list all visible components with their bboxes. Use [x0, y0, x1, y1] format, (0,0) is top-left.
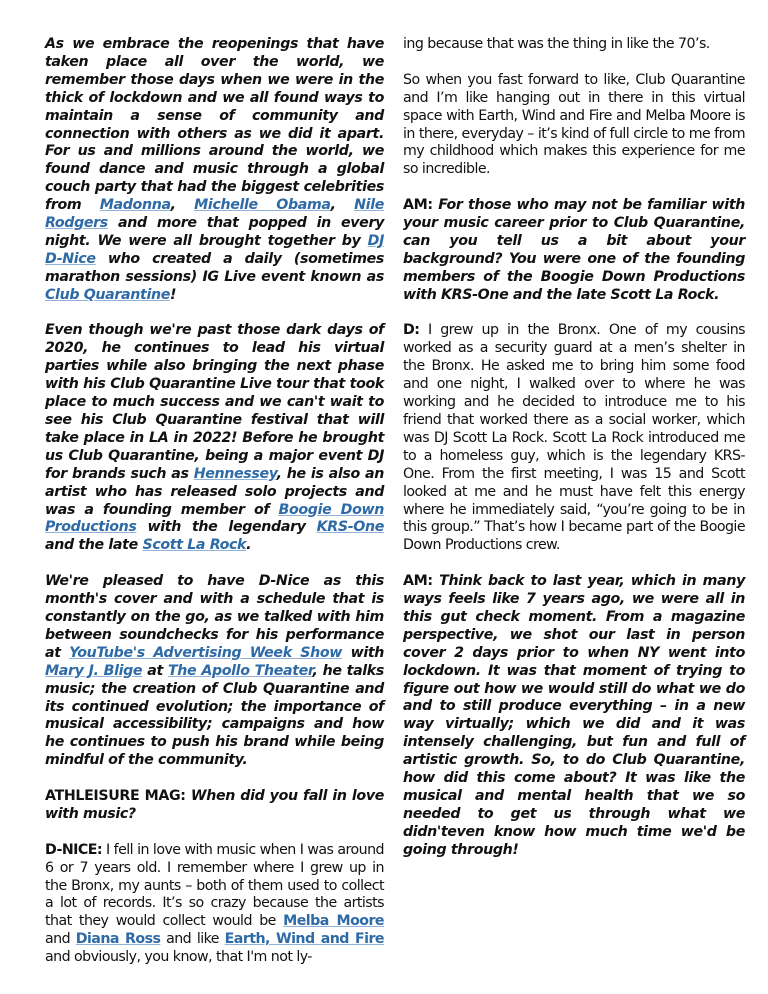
link-youtube-advertising-week[interactable]: YouTube's Advertising Week Show: [69, 645, 342, 661]
answer-1-paragraph-2: So when you fast forward to like, Club Q…: [403, 72, 745, 179]
question-text: For those who may not be familiar with y…: [403, 197, 745, 303]
answer-1: D-NICE: I fell in love with music when I…: [45, 842, 384, 967]
answer-1-continued: ing because that was the thing in like t…: [403, 36, 745, 54]
separator: ,: [171, 197, 194, 213]
speaker-label: D-NICE:: [45, 842, 102, 858]
speaker-label: D:: [403, 322, 419, 338]
question-text: Think back to last year, which in many w…: [403, 573, 745, 858]
link-michelle-obama[interactable]: Michelle Obama: [194, 197, 331, 213]
link-mary-j-blige[interactable]: Mary J. Blige: [45, 663, 142, 679]
intro-text: Even though we're past those dark days o…: [45, 322, 384, 481]
intro-text: !: [170, 287, 176, 303]
intro-text: with the legendary: [136, 519, 316, 535]
link-earth-wind-and-fire[interactable]: Earth, Wind and Fire: [225, 931, 384, 947]
intro-text: at: [142, 663, 168, 679]
question-3: AM: Think back to last year, which in ma…: [403, 573, 745, 860]
answer-text: and like: [160, 931, 224, 947]
intro-text: who created a daily (sometimes marathon …: [45, 251, 384, 285]
right-column: ing because that was the thing in like t…: [403, 36, 745, 878]
intro-paragraph-2: Even though we're past those dark days o…: [45, 322, 384, 555]
intro-paragraph-1: As we embrace the reopenings that have t…: [45, 36, 384, 305]
intro-text: As we embrace the reopenings that have t…: [45, 36, 384, 213]
speaker-label: AM:: [403, 573, 433, 589]
intro-text: with: [342, 645, 384, 661]
intro-paragraph-3: We're pleased to have D-Nice as this mon…: [45, 573, 384, 770]
intro-text: .: [246, 537, 251, 553]
question-1: ATHLEISURE MAG: When did you fall in lov…: [45, 788, 384, 824]
intro-text: and the late: [45, 537, 142, 553]
answer-text: I grew up in the Bronx. One of my cousin…: [403, 322, 745, 553]
answer-text: and obviously, you know, that I'm not ly…: [45, 949, 312, 965]
speaker-label: AM:: [403, 197, 433, 213]
link-madonna[interactable]: Madonna: [100, 197, 171, 213]
link-melba-moore[interactable]: Melba Moore: [283, 913, 384, 929]
answer-text: and: [45, 931, 76, 947]
link-club-quarantine[interactable]: Club Quarantine: [45, 287, 170, 303]
link-krs-one[interactable]: KRS-One: [317, 519, 384, 535]
magazine-page: As we embrace the reopenings that have t…: [0, 0, 768, 994]
link-apollo-theater[interactable]: The Apollo Theater: [168, 663, 313, 679]
answer-2: D: I grew up in the Bronx. One of my cou…: [403, 322, 745, 555]
link-scott-la-rock[interactable]: Scott La Rock: [142, 537, 246, 553]
speaker-label: ATHLEISURE MAG:: [45, 788, 186, 804]
question-2: AM: For those who may not be familiar wi…: [403, 197, 745, 304]
link-hennessey[interactable]: Hennessey: [194, 466, 277, 482]
link-diana-ross[interactable]: Diana Ross: [76, 931, 161, 947]
separator: ,: [331, 197, 354, 213]
left-column: As we embrace the reopenings that have t…: [45, 36, 384, 985]
